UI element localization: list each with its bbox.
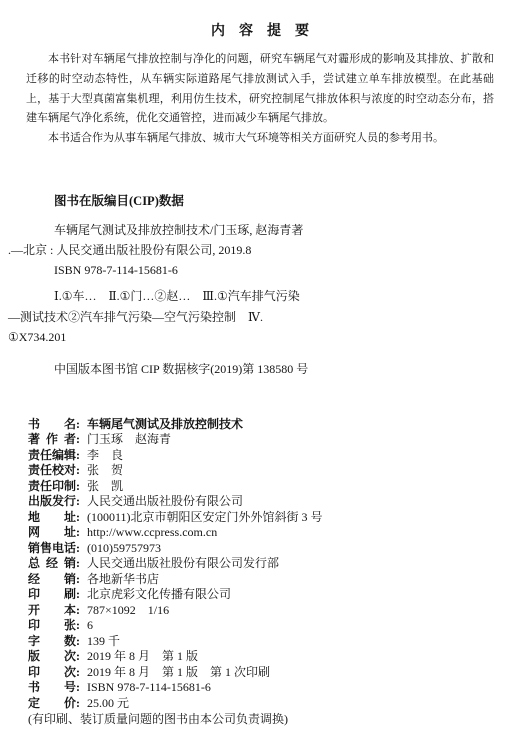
- summary-paragraph: 本书适合作为从事车辆尾气排放、城市大气环境等相关方面研究人员的参考用书。: [26, 129, 494, 149]
- row-colon: :: [76, 448, 80, 462]
- book-copyright-page: 内 容 提 要 本书针对车辆尾气排放控制与净化的问题，研究车辆尾气对霾形成的影响…: [0, 0, 520, 752]
- row-value: 人民交通出版社股份有限公司发行部: [87, 556, 279, 570]
- row-label: 出版发行: [28, 494, 76, 510]
- row-value: 25.00 元: [87, 696, 129, 710]
- row-label: 印次: [28, 665, 76, 681]
- row-label: 责任编辑: [28, 448, 76, 464]
- row-value: 门玉琢 赵海青: [87, 432, 171, 446]
- colophon: 书名:车辆尾气测试及排放控制技术 著作者:门玉琢 赵海青 责任编辑:李 良 责任…: [28, 417, 504, 728]
- cip-publisher-statement: .—北京 : 人民交通出版社股份有限公司, 2019.8: [8, 240, 500, 260]
- colophon-row-address: 地址:(100011)北京市朝阳区安定门外外馆斜街 3 号: [28, 510, 504, 526]
- colophon-row-impression: 印次:2019 年 8 月 第 1 版 第 1 次印刷: [28, 665, 504, 681]
- cip-heading: 图书在版编目(CIP)数据: [0, 191, 494, 209]
- colophon-row-print-supervisor: 责任印制:张 凯: [28, 479, 504, 495]
- row-colon: :: [76, 680, 80, 694]
- colophon-row-book-title: 书名:车辆尾气测试及排放控制技术: [28, 417, 504, 433]
- colophon-row-sales-phone: 销售电话:(010)59757973: [28, 541, 504, 557]
- row-colon: :: [76, 556, 80, 570]
- cip-verification-notice: 中国版本图书馆 CIP 数据核字(2019)第 138580 号: [0, 360, 520, 377]
- row-label: 地址: [28, 510, 76, 526]
- row-label: 印张: [28, 618, 76, 634]
- row-colon: :: [76, 665, 80, 679]
- row-value: http://www.ccpress.com.cn: [87, 525, 217, 539]
- row-value: 各地新华书店: [87, 572, 159, 586]
- row-label: 字数: [28, 634, 76, 650]
- row-colon: :: [76, 603, 80, 617]
- row-value: (100011)北京市朝阳区安定门外外馆斜街 3 号: [87, 510, 323, 524]
- row-colon: :: [76, 494, 80, 508]
- row-value: 787×1092 1/16: [87, 603, 169, 617]
- colophon-row-isbn: 书号:ISBN 978-7-114-15681-6: [28, 680, 504, 696]
- summary-paragraph: 本书针对车辆尾气排放控制与净化的问题，研究车辆尾气对霾形成的影响及其排放、扩散和…: [26, 50, 494, 129]
- row-value: 车辆尾气测试及排放控制技术: [87, 417, 243, 431]
- row-value: 北京虎彩文化传播有限公司: [87, 587, 231, 601]
- cip-subject-line-2: —测试技术②汽车排气污染—空气污染控制 Ⅳ.: [8, 307, 500, 327]
- colophon-row-price: 定价:25.00 元: [28, 696, 504, 712]
- row-colon: :: [76, 618, 80, 632]
- row-colon: :: [76, 572, 80, 586]
- row-label: 印刷: [28, 587, 76, 603]
- colophon-row-printer: 印刷:北京虎彩文化传播有限公司: [28, 587, 504, 603]
- quality-exchange-note: (有印刷、装订质量问题的图书由本公司负责调换): [28, 712, 504, 728]
- colophon-row-authors: 著作者:门玉琢 赵海青: [28, 432, 504, 448]
- row-label: 开本: [28, 603, 76, 619]
- row-colon: :: [76, 479, 80, 493]
- cip-classification-number: ①X734.201: [8, 327, 500, 347]
- colophon-row-general-distributor: 总经销:人民交通出版社股份有限公司发行部: [28, 556, 504, 572]
- content-summary-title: 内 容 提 要: [0, 20, 520, 40]
- row-colon: :: [76, 541, 80, 555]
- row-label: 责任校对: [28, 463, 76, 479]
- row-colon: :: [76, 649, 80, 663]
- row-label: 网址: [28, 525, 76, 541]
- row-colon: :: [76, 587, 80, 601]
- row-colon: :: [76, 417, 80, 431]
- row-label: 书号: [28, 680, 76, 696]
- row-colon: :: [76, 696, 80, 710]
- row-colon: :: [76, 634, 80, 648]
- row-label: 总经销: [28, 556, 76, 572]
- row-label: 版次: [28, 649, 76, 665]
- row-value: 139 千: [87, 634, 120, 648]
- colophon-row-edition: 版次:2019 年 8 月 第 1 版: [28, 649, 504, 665]
- row-label: 责任印制: [28, 479, 76, 495]
- colophon-row-format: 开本:787×1092 1/16: [28, 603, 504, 619]
- colophon-row-printed-sheets: 印张:6: [28, 618, 504, 634]
- row-label: 书名: [28, 417, 76, 433]
- row-label: 经销: [28, 572, 76, 588]
- cip-record: 车辆尾气测试及排放控制技术/门玉琢, 赵海青著 .—北京 : 人民交通出版社股份…: [8, 220, 500, 347]
- row-value: 人民交通出版社股份有限公司: [87, 494, 243, 508]
- row-value: 李 良: [87, 448, 123, 462]
- row-colon: :: [76, 525, 80, 539]
- row-label: 定价: [28, 696, 76, 712]
- row-value: 2019 年 8 月 第 1 版: [87, 649, 198, 663]
- row-label: 销售电话: [28, 541, 76, 557]
- colophon-row-distributor: 经销:各地新华书店: [28, 572, 504, 588]
- row-value: 张 贺: [87, 463, 123, 477]
- row-label: 著作者: [28, 432, 76, 448]
- row-colon: :: [76, 463, 80, 477]
- row-colon: :: [76, 510, 80, 524]
- row-value: 张 凯: [87, 479, 123, 493]
- row-colon: :: [76, 432, 80, 446]
- row-value: (010)59757973: [87, 541, 161, 555]
- row-value: 2019 年 8 月 第 1 版 第 1 次印刷: [87, 665, 270, 679]
- colophon-row-website: 网址:http://www.ccpress.com.cn: [28, 525, 504, 541]
- row-value: 6: [87, 618, 93, 632]
- colophon-row-executive-editor: 责任编辑:李 良: [28, 448, 504, 464]
- colophon-row-proofreader: 责任校对:张 贺: [28, 463, 504, 479]
- content-summary: 本书针对车辆尾气排放控制与净化的问题，研究车辆尾气对霾形成的影响及其排放、扩散和…: [26, 50, 494, 149]
- colophon-row-word-count: 字数:139 千: [28, 634, 504, 650]
- cip-isbn: ISBN 978-7-114-15681-6: [8, 260, 500, 280]
- cip-subject-line-1: Ⅰ.①车… Ⅱ.①门…②赵… Ⅲ.①汽车排气污染: [8, 286, 500, 306]
- cip-title-statement: 车辆尾气测试及排放控制技术/门玉琢, 赵海青著: [8, 220, 500, 240]
- colophon-row-publisher: 出版发行:人民交通出版社股份有限公司: [28, 494, 504, 510]
- row-value: ISBN 978-7-114-15681-6: [87, 680, 211, 694]
